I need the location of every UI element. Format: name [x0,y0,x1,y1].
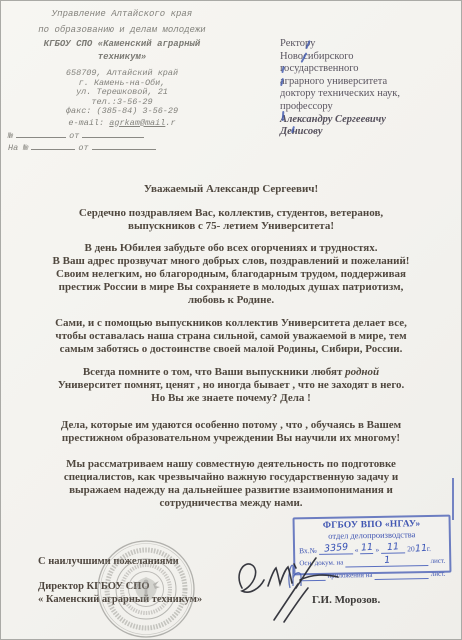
stamp-doc-sheets-slot: 1 [345,555,429,567]
stamp-day-slot: 11 [360,543,373,554]
ref-number-line: №от [8,130,236,140]
addressee-title: Ректору Новосибирского государственного … [280,38,450,114]
handwritten-day: 11 [361,543,374,553]
pen-line [452,478,454,520]
ref-from-label: от [69,131,79,141]
official-round-seal [95,538,197,640]
stamp-century: 20 [407,544,415,553]
scanned-letter: Управление Алтайского края по образовани… [0,0,462,640]
paragraph-line: Всегда помните о том, что Ваши выпускник… [27,366,435,379]
ref-date-blank [82,130,144,138]
paragraph: Сами, и с помощью выпускников коллектив … [27,317,435,356]
seal-coat-of-arms [132,577,160,603]
stamp-department: отдел делопроизводства [295,530,449,542]
reply-no-blank [31,142,75,150]
handwritten-month: 11 [387,542,400,552]
director-signature [228,550,344,628]
letterhead-authority: Управление Алтайского края по образовани… [8,6,236,38]
quote-close: » [375,545,379,554]
handwritten-year: 11 [414,544,427,554]
email-tail: .r [165,118,175,128]
stamp-attach-sheets-slot [374,568,429,580]
ref-reply-line: На №от [8,142,236,152]
salutation: Уважаемый Александр Сергеевич! [27,183,435,196]
reply-date-blank [92,142,156,150]
paragraph: Сердечно поздравляем Вас, коллектив, сту… [27,207,435,233]
letterhead: Управление Алтайского края по образовани… [8,6,236,152]
paragraph: Мы рассматриваем нашу совместную деятель… [27,458,435,510]
ref-no-blank [16,130,66,138]
emphasized-word: родной [345,366,379,378]
reply-no-label: На № [8,143,28,153]
email-label: e-mail: [68,118,104,128]
letterhead-org-name: КГБОУ СПО «Каменский аграрный техникум» [8,38,236,64]
email-value: agrkam@mail [109,118,165,128]
paragraph: Всегда помните о том, что Ваши выпускник… [27,366,435,405]
ref-no-label: № [8,131,13,141]
stamp-attach-sheets-label: лист. [431,570,446,579]
paragraph-text: Университет помнят, ценят , но иногда бы… [27,379,435,405]
letterhead-email: e-mail: agrkam@mail.r [8,118,236,128]
stamp-month-slot: 11 [381,542,405,553]
paragraph: В день Юбилея забудьте обо всех огорчени… [27,242,435,307]
letterhead-address: 658709, Алтайский край г. Камень-на-Оби,… [8,69,236,117]
quote-open: « [355,545,359,554]
addressee-name: Александру Сергеевичу Денисову [280,114,450,139]
paragraph-text: Всегда помните о том, что Ваши выпускник… [83,366,345,378]
handwritten-sheet-count: 1 [384,555,391,564]
reply-from-label: от [78,143,88,153]
letter-body: Уважаемый Александр Сергеевич! Сердечно … [27,183,435,510]
stamp-sheets-label: лист. [431,557,446,566]
paragraph: Дела, которые им удаются особенно потому… [27,419,435,445]
